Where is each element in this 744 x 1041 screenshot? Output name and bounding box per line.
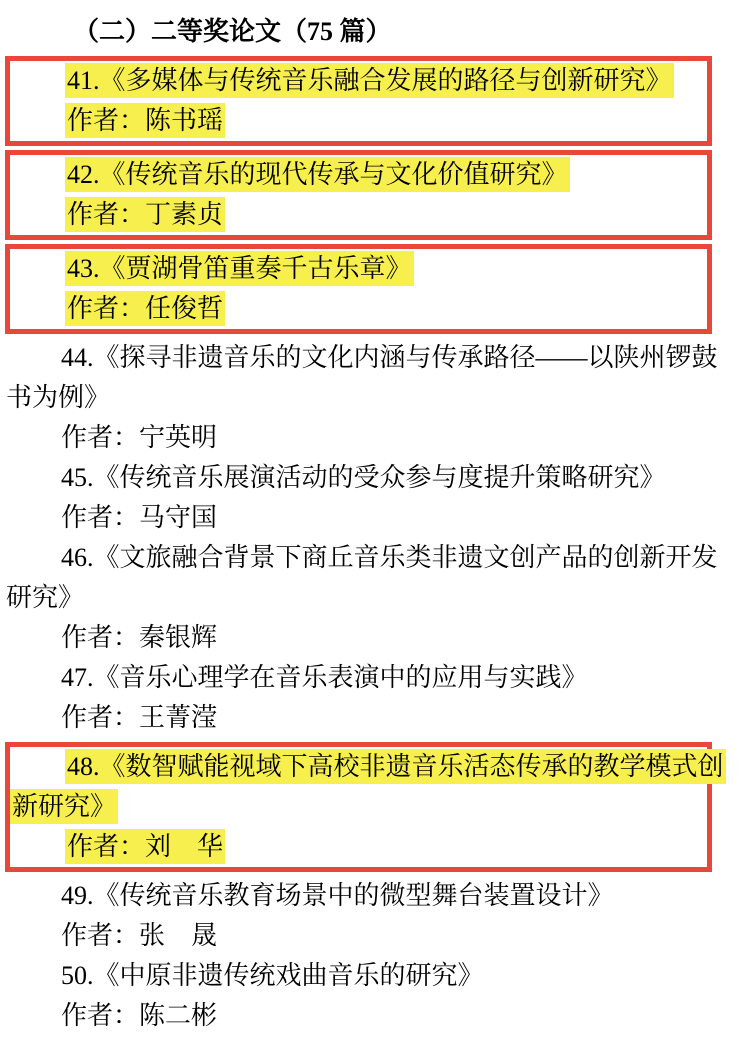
paper-title-line: 新研究》 — [10, 787, 707, 827]
paper-title-text: 43.《贾湖骨笛重奏千古乐章》 — [65, 251, 414, 286]
section-heading: （二）二等奖论文（75 篇） — [73, 12, 736, 52]
paper-title-line: 42.《传统音乐的现代传承与文化价值研究》 — [10, 155, 707, 195]
paper-author-line: 作者：任俊哲 — [10, 289, 707, 329]
paper-title-text: 47.《音乐心理学在音乐表演中的应用与实践》 — [61, 663, 588, 692]
paper-title-text: 42.《传统音乐的现代传承与文化价值研究》 — [65, 157, 570, 192]
paper-author-line: 作者：宁英明 — [6, 418, 736, 458]
paper-title-line: 49.《传统音乐教育场景中的微型舞台装置设计》 — [6, 876, 736, 916]
paper-title-text: 48.《数智赋能视域下高校非遗音乐活态传承的教学模式创 — [65, 749, 726, 784]
annotation-box: 42.《传统音乐的现代传承与文化价值研究》作者：丁素贞 — [5, 150, 712, 240]
paper-title-line: 书为例》 — [6, 378, 736, 418]
paper-title-text: 50.《中原非遗传统戏曲音乐的研究》 — [61, 961, 484, 990]
paper-author-line: 作者：张 晟 — [6, 916, 736, 956]
paper-title-line: 研究》 — [6, 578, 736, 618]
paper-entry: 48.《数智赋能视域下高校非遗音乐活态传承的教学模式创新研究》作者：刘 华 — [10, 747, 707, 867]
paper-author-text: 作者：陈书瑶 — [65, 103, 225, 138]
paper-entry: 47.《音乐心理学在音乐表演中的应用与实践》作者：王菁滢 — [6, 658, 736, 738]
paper-author-line: 作者：秦银辉 — [6, 618, 736, 658]
paper-entry: 45.《传统音乐展演活动的受众参与度提升策略研究》作者：马守国 — [6, 458, 736, 538]
paper-title-line: 43.《贾湖骨笛重奏千古乐章》 — [10, 249, 707, 289]
paper-author-line: 作者：刘 华 — [10, 827, 707, 867]
document-page: （二）二等奖论文（75 篇） 41.《多媒体与传统音乐融合发展的路径与创新研究》… — [0, 0, 744, 1036]
paper-entry: 44.《探寻非遗音乐的文化内涵与传承路径——以陕州锣鼓书为例》作者：宁英明 — [6, 338, 736, 458]
paper-entry: 46.《文旅融合背景下商丘音乐类非遗文创产品的创新开发研究》作者：秦银辉 — [6, 538, 736, 658]
paper-author-line: 作者：陈书瑶 — [10, 101, 707, 141]
paper-title-line: 41.《多媒体与传统音乐融合发展的路径与创新研究》 — [10, 61, 707, 101]
paper-title-line: 48.《数智赋能视域下高校非遗音乐活态传承的教学模式创 — [10, 747, 707, 787]
paper-author-text: 作者：陈二彬 — [61, 1001, 217, 1030]
paper-author-text: 作者：任俊哲 — [65, 291, 225, 326]
paper-entry: 41.《多媒体与传统音乐融合发展的路径与创新研究》作者：陈书瑶 — [10, 61, 707, 141]
paper-author-text: 作者：张 晟 — [61, 921, 217, 950]
annotation-box: 48.《数智赋能视域下高校非遗音乐活态传承的教学模式创新研究》作者：刘 华 — [5, 742, 712, 872]
paper-title-line: 47.《音乐心理学在音乐表演中的应用与实践》 — [6, 658, 736, 698]
paper-entry: 50.《中原非遗传统戏曲音乐的研究》作者：陈二彬 — [6, 956, 736, 1036]
paper-author-text: 作者：刘 华 — [65, 829, 225, 864]
paper-author-text: 作者：马守国 — [61, 503, 217, 532]
paper-author-line: 作者：陈二彬 — [6, 996, 736, 1036]
paper-title-text: 新研究》 — [10, 789, 118, 824]
paper-title-text: 45.《传统音乐展演活动的受众参与度提升策略研究》 — [61, 463, 666, 492]
paper-author-text: 作者：秦银辉 — [61, 623, 217, 652]
paper-author-line: 作者：王菁滢 — [6, 698, 736, 738]
paper-title-line: 50.《中原非遗传统戏曲音乐的研究》 — [6, 956, 736, 996]
paper-title-line: 44.《探寻非遗音乐的文化内涵与传承路径——以陕州锣鼓 — [6, 338, 736, 378]
paper-title-text: 书为例》 — [6, 383, 110, 412]
annotation-box: 41.《多媒体与传统音乐融合发展的路径与创新研究》作者：陈书瑶 — [5, 56, 712, 146]
paper-entry: 49.《传统音乐教育场景中的微型舞台装置设计》作者：张 晟 — [6, 876, 736, 956]
paper-title-text: 研究》 — [6, 583, 84, 612]
paper-title-text: 41.《多媒体与传统音乐融合发展的路径与创新研究》 — [65, 63, 674, 98]
paper-title-text: 44.《探寻非遗音乐的文化内涵与传承路径——以陕州锣鼓 — [61, 343, 718, 372]
paper-title-line: 46.《文旅融合背景下商丘音乐类非遗文创产品的创新开发 — [6, 538, 736, 578]
paper-author-text: 作者：丁素贞 — [65, 197, 225, 232]
paper-author-text: 作者：王菁滢 — [61, 703, 217, 732]
paper-author-text: 作者：宁英明 — [61, 423, 217, 452]
paper-title-text: 49.《传统音乐教育场景中的微型舞台装置设计》 — [61, 881, 614, 910]
paper-author-line: 作者：丁素贞 — [10, 195, 707, 235]
paper-author-line: 作者：马守国 — [6, 498, 736, 538]
paper-title-line: 45.《传统音乐展演活动的受众参与度提升策略研究》 — [6, 458, 736, 498]
paper-list: 41.《多媒体与传统音乐融合发展的路径与创新研究》作者：陈书瑶42.《传统音乐的… — [6, 56, 736, 1036]
annotation-box: 43.《贾湖骨笛重奏千古乐章》作者：任俊哲 — [5, 244, 712, 334]
paper-title-text: 46.《文旅融合背景下商丘音乐类非遗文创产品的创新开发 — [61, 543, 718, 572]
paper-entry: 43.《贾湖骨笛重奏千古乐章》作者：任俊哲 — [10, 249, 707, 329]
paper-entry: 42.《传统音乐的现代传承与文化价值研究》作者：丁素贞 — [10, 155, 707, 235]
